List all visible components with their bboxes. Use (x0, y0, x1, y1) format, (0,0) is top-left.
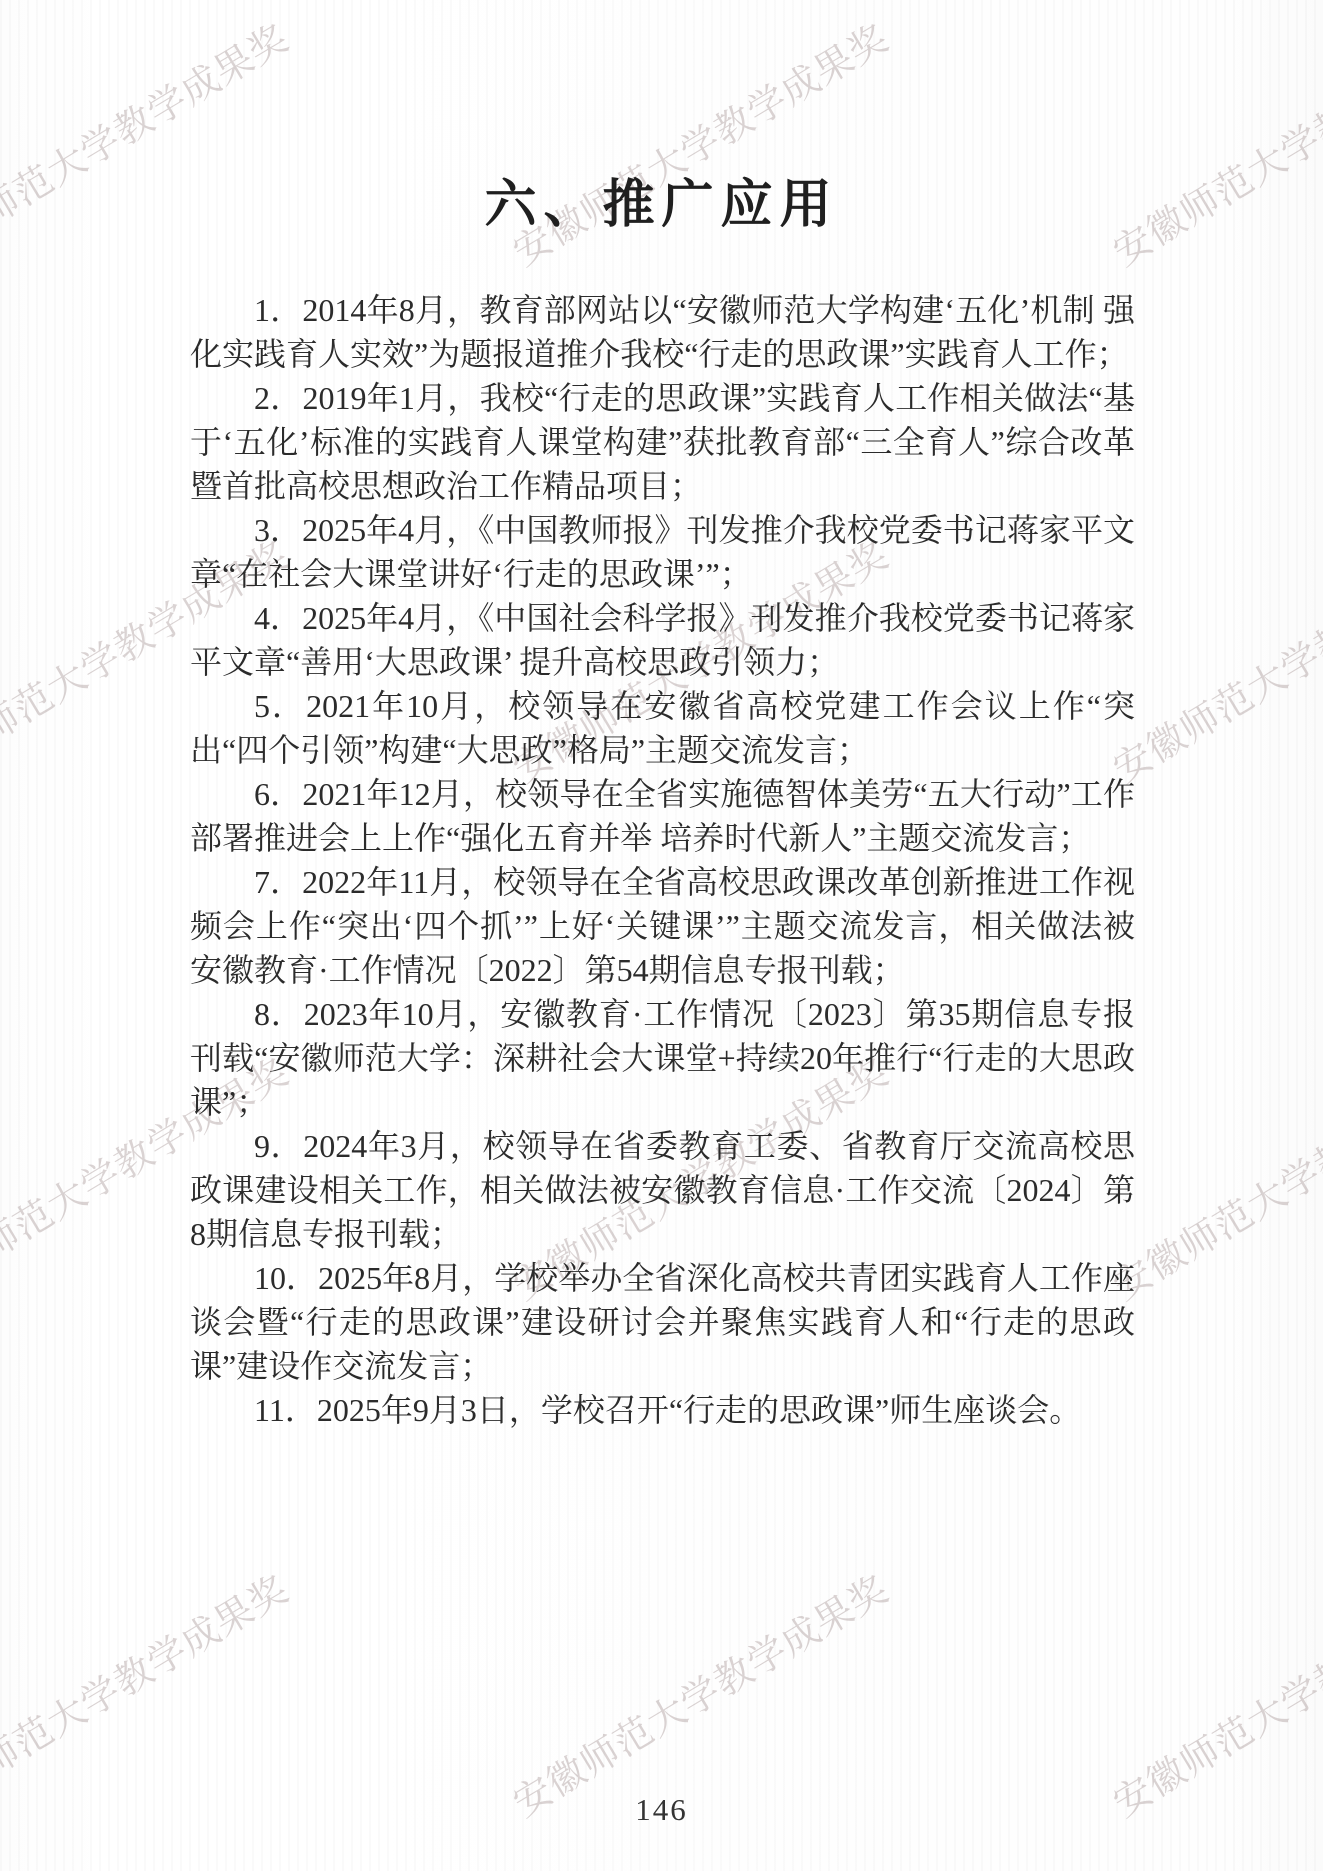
section-title: 六、推广应用 (0, 0, 1323, 237)
paragraph-item-9: 9．2024年3月，校领导在省委教育工委、省教育厅交流高校思政课建设相关工作，相… (190, 1124, 1135, 1256)
page-number: 146 (0, 1792, 1323, 1828)
body-text: 1．2014年8月，教育部网站以“安徽师范大学构建‘五化’机制 强化实践育人实效… (190, 288, 1135, 1432)
document-content: 六、推广应用 1．2014年8月，教育部网站以“安徽师范大学构建‘五化’机制 强… (0, 0, 1323, 237)
watermark-text: 安徽师范大学教学成果奖 (1101, 1559, 1323, 1827)
paragraph-item-6: 6．2021年12月，校领导在全省实施德智体美劳“五大行动”工作部署推进会上上作… (190, 772, 1135, 860)
paragraph-item-1: 1．2014年8月，教育部网站以“安徽师范大学构建‘五化’机制 强化实践育人实效… (190, 288, 1135, 376)
paragraph-item-11: 11．2025年9月3日，学校召开“行走的思政课”师生座谈会。 (190, 1388, 1135, 1432)
paragraph-item-10: 10．2025年8月，学校举办全省深化高校共青团实践育人工作座谈会暨“行走的思政… (190, 1256, 1135, 1388)
paragraph-item-3: 3．2025年4月，《中国教师报》刊发推介我校党委书记蒋家平文章“在社会大课堂讲… (190, 508, 1135, 596)
watermark-text: 安徽师范大学教学成果奖 (501, 1559, 897, 1827)
watermark-text: 安徽师范大学教学成果奖 (0, 1559, 297, 1827)
paragraph-item-2: 2．2019年1月，我校“行走的思政课”实践育人工作相关做法“基于‘五化’标准的… (190, 376, 1135, 508)
paragraph-item-8: 8．2023年10月，安徽教育·工作情况〔2023〕第35期信息专报刊载“安徽师… (190, 992, 1135, 1124)
paragraph-item-4: 4．2025年4月，《中国社会科学报》刊发推介我校党委书记蒋家平文章“善用‘大思… (190, 596, 1135, 684)
document-page: 安徽师范大学教学成果奖 安徽师范大学教学成果奖 安徽师范大学教学成果奖 安徽师范… (0, 0, 1323, 1871)
paragraph-item-7: 7．2022年11月，校领导在全省高校思政课改革创新推进工作视频会上作“突出‘四… (190, 860, 1135, 992)
paragraph-item-5: 5．2021年10月，校领导在安徽省高校党建工作会议上作“突出“四个引领”构建“… (190, 684, 1135, 772)
